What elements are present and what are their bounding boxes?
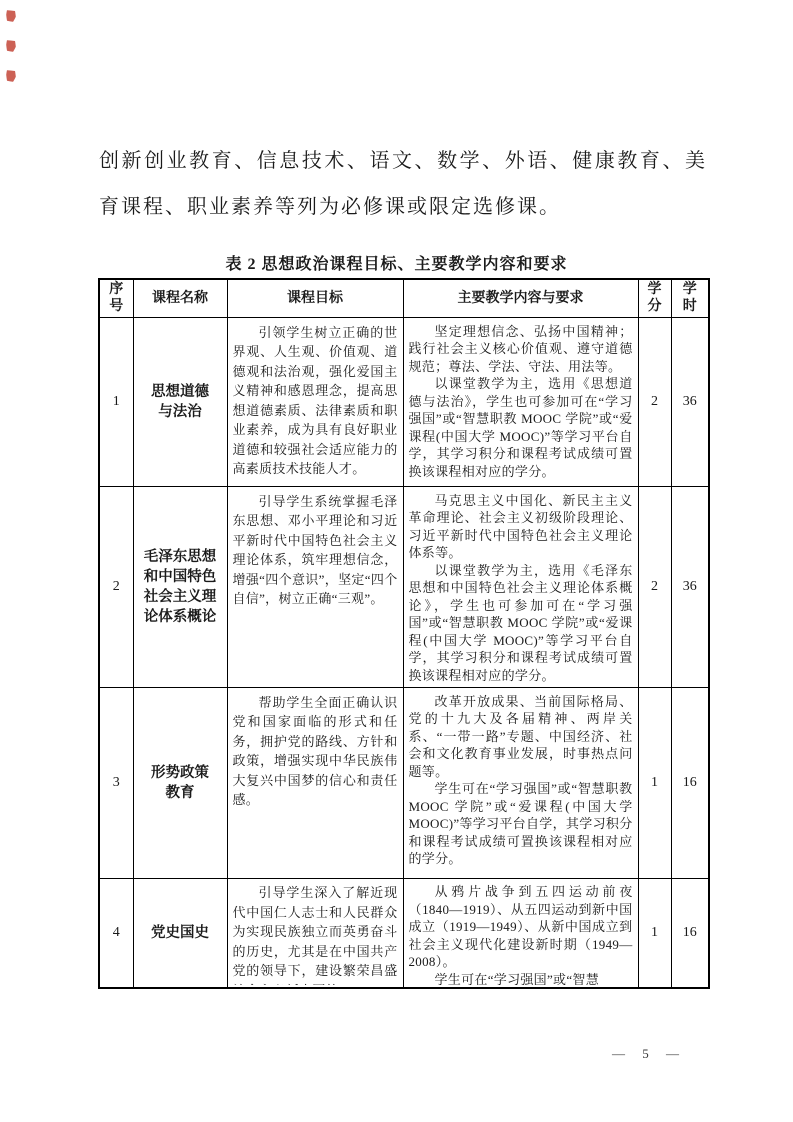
course-objective-cell: 引领学生树立正确的世界观、人生观、价值观、道德观和法治观，强化爱国主义精神和感恩… <box>227 317 403 486</box>
content-paragraph: 学生可在“学习强国”或“智慧职教 MOOC 学院”或“爱课程(中国大学 MOOC… <box>409 780 633 868</box>
red-edge-mark-icon <box>6 70 16 82</box>
page-number: — 5 — <box>612 1046 681 1062</box>
document-page: 创新创业教育、信息技术、语文、数学、外语、健康教育、美育课程、职业素养等列为必修… <box>0 0 793 1122</box>
row-number-cell: 1 <box>99 317 133 486</box>
content-paragraph: 以课堂教学为主，选用《毛泽东思想和中国特色社会主义理论体系概论》，学生也可参加可… <box>409 562 633 685</box>
intro-paragraph: 创新创业教育、信息技术、语文、数学、外语、健康教育、美育课程、职业素养等列为必修… <box>99 138 707 230</box>
table-row: 4 党史国史 引导学生深入了解近现代中国仁人志士和人民群众为实现民族独立而英勇奋… <box>99 878 709 988</box>
header-cell-objective: 课程目标 <box>227 279 403 317</box>
teaching-content-cell: 坚定理想信念、弘扬中国精神；践行社会主义核心价值观、遵守道德规范；尊法、学法、守… <box>403 317 638 486</box>
content-paragraph: 学生可在“学习强国”或“智慧 <box>409 971 633 986</box>
credits-cell: 2 <box>638 486 671 687</box>
edge-marks-group <box>6 10 20 100</box>
hours-cell: 36 <box>671 317 709 486</box>
red-edge-mark-icon <box>6 10 16 22</box>
course-name-cell: 形势政策 教育 <box>133 687 227 878</box>
header-cell-credits: 学 分 <box>638 279 671 317</box>
row-number-cell: 2 <box>99 486 133 687</box>
objective-text: 引导学生系统掌握毛泽东思想、邓小平理论和习近平新时代中国特色社会主义理论体系，筑… <box>233 492 398 609</box>
content-paragraph: 坚定理想信念、弘扬中国精神；践行社会主义核心价值观、遵守道德规范；尊法、学法、守… <box>409 323 633 376</box>
objective-text: 帮助学生全面正确认识党和国家面临的形式和任务，拥护党的路线、方针和政策，增强实现… <box>233 693 398 810</box>
course-name-cell: 思想道德 与法治 <box>133 317 227 486</box>
table-row: 3 形势政策 教育 帮助学生全面正确认识党和国家面临的形式和任务，拥护党的路线、… <box>99 687 709 878</box>
red-edge-mark-icon <box>6 40 16 52</box>
course-name-cell: 毛泽东思想 和中国特色 社会主义理 论体系概论 <box>133 486 227 687</box>
courses-table: 序 号 课程名称 课程目标 主要教学内容与要求 学 分 学 时 1 思想道德 与… <box>98 278 710 989</box>
teaching-content-cell: 改革开放成果、当前国际格局、党的十九大及各届精神、两岸关系、“一带一路”专题、中… <box>403 687 638 878</box>
hours-cell: 36 <box>671 486 709 687</box>
table-title: 表 2 思想政治课程目标、主要教学内容和要求 <box>0 251 793 274</box>
objective-text: 引领学生树立正确的世界观、人生观、价值观、道德观和法治观，强化爱国主义精神和感恩… <box>233 323 398 479</box>
header-cell-hours: 学 时 <box>671 279 709 317</box>
header-cell-course-name: 课程名称 <box>133 279 227 317</box>
teaching-content-cell: 从鸦片战争到五四运动前夜（1840—1919）、从五四运动到新中国成立（1919… <box>403 878 638 988</box>
teaching-content-cell: 马克思主义中国化、新民主主义革命理论、社会主义初级阶段理论、习近平新时代中国特色… <box>403 486 638 687</box>
row-number-cell: 3 <box>99 687 133 878</box>
hours-cell: 16 <box>671 687 709 878</box>
credits-cell: 2 <box>638 317 671 486</box>
header-cell-no: 序 号 <box>99 279 133 317</box>
table-row: 1 思想道德 与法治 引领学生树立正确的世界观、人生观、价值观、道德观和法治观，… <box>99 317 709 486</box>
content-paragraph: 马克思主义中国化、新民主主义革命理论、社会主义初级阶段理论、习近平新时代中国特色… <box>409 492 633 562</box>
hours-cell: 16 <box>671 878 709 988</box>
table-header-row: 序 号 课程名称 课程目标 主要教学内容与要求 学 分 学 时 <box>99 279 709 317</box>
content-paragraph: 从鸦片战争到五四运动前夜（1840—1919）、从五四运动到新中国成立（1919… <box>409 883 633 971</box>
credits-cell: 1 <box>638 687 671 878</box>
course-objective-cell: 引导学生系统掌握毛泽东思想、邓小平理论和习近平新时代中国特色社会主义理论体系，筑… <box>227 486 403 687</box>
objective-text: 引导学生深入了解近现代中国仁人志士和人民群众为实现民族独立而英勇奋斗的历史，尤其… <box>233 883 398 985</box>
course-name-cell: 党史国史 <box>133 878 227 988</box>
table-row: 2 毛泽东思想 和中国特色 社会主义理 论体系概论 引导学生系统掌握毛泽东思想、… <box>99 486 709 687</box>
credits-cell: 1 <box>638 878 671 988</box>
row-number-cell: 4 <box>99 878 133 988</box>
content-paragraph: 改革开放成果、当前国际格局、党的十九大及各届精神、两岸关系、“一带一路”专题、中… <box>409 693 633 781</box>
content-paragraph: 以课堂教学为主，选用《思想道德与法治》，学生也可参加可在“学习强国”或“智慧职教… <box>409 375 633 480</box>
course-objective-cell: 帮助学生全面正确认识党和国家面临的形式和任务，拥护党的路线、方针和政策，增强实现… <box>227 687 403 878</box>
course-objective-cell: 引导学生深入了解近现代中国仁人志士和人民群众为实现民族独立而英勇奋斗的历史，尤其… <box>227 878 403 988</box>
header-cell-content: 主要教学内容与要求 <box>403 279 638 317</box>
